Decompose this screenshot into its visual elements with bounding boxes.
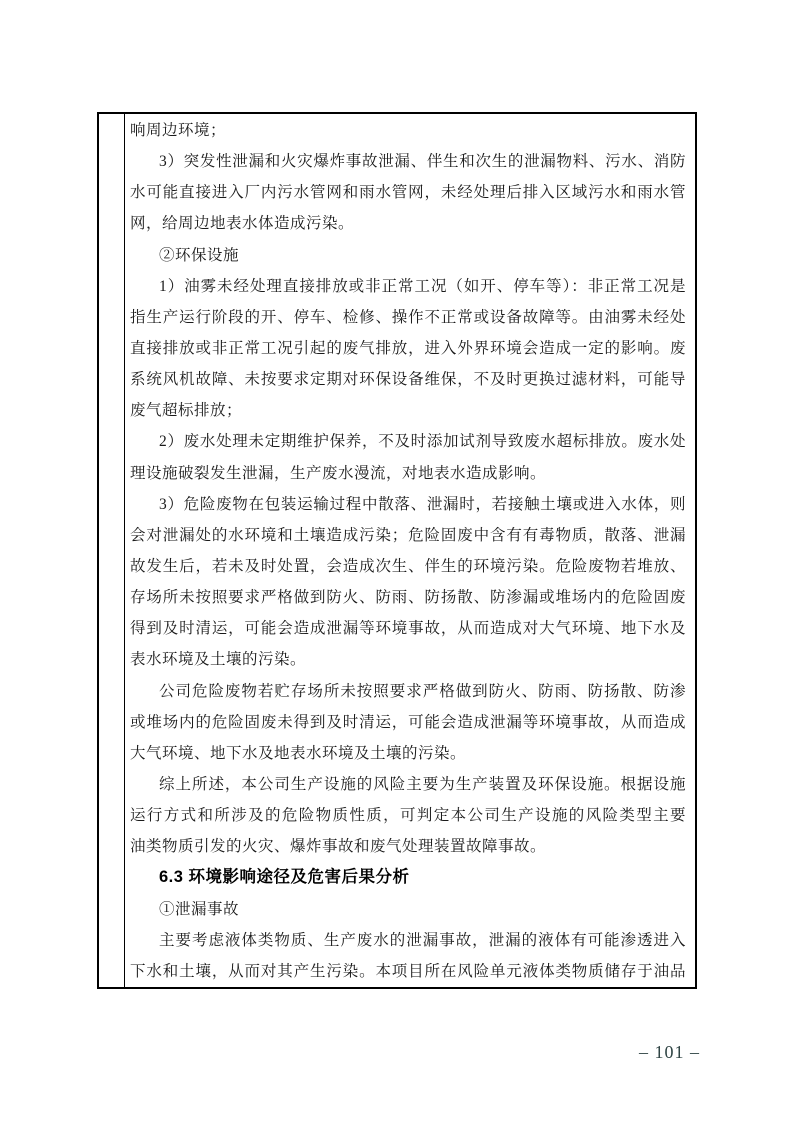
text-line: 油类物质引发的火灾、爆炸事故和废气处理装置故障事故。	[130, 831, 686, 862]
text-line: 运行方式和所涉及的危险物质性质，可判定本公司生产设施的风险类型主要为：	[130, 800, 686, 831]
section-heading: 6.3 环境影响途径及危害后果分析	[130, 862, 686, 893]
content-table: 响周边环境； 3）突发性泄漏和火灾爆炸事故泄漏、伴生和次生的泄漏物料、污水、消防…	[97, 112, 697, 989]
table-content-cell: 响周边环境； 3）突发性泄漏和火灾爆炸事故泄漏、伴生和次生的泄漏物料、污水、消防…	[125, 114, 695, 987]
document-page: 响周边环境； 3）突发性泄漏和火灾爆炸事故泄漏、伴生和次生的泄漏物料、污水、消防…	[0, 0, 793, 1122]
text-line: 3）危险废物在包装运输过程中散落、泄漏时，若接触土壤或进入水体，则	[130, 489, 686, 520]
text-line: 下水和土壤，从而对其产生污染。本项目所在风险单元液体类物质储存于油品库，	[130, 956, 686, 987]
text-line: 存场所未按照要求严格做到防火、防雨、防扬散、防渗漏或堆场内的危险固废未	[130, 582, 686, 613]
text-line: 1）油雾未经处理直接排放或非正常工况（如开、停车等）：非正常工况是	[130, 271, 686, 302]
text-line: 得到及时清运，可能会造成泄漏等环境事故，从而造成对大气环境、地下水及地	[130, 613, 686, 644]
text-line: 会对泄漏处的水环境和土壤造成污染；危险固废中含有有毒物质，散落、泄漏事	[130, 520, 686, 551]
text-line: 水可能直接进入厂内污水管网和雨水管网，未经处理后排入区域污水和雨水管	[130, 177, 686, 208]
text-line: 3）突发性泄漏和火灾爆炸事故泄漏、伴生和次生的泄漏物料、污水、消防	[130, 146, 686, 177]
text-line: 综上所述，本公司生产设施的风险主要为生产装置及环保设施。根据设施的	[130, 769, 686, 800]
text-line: 或堆场内的危险固废未得到及时清运，可能会造成泄漏等环境事故，从而造成对	[130, 707, 686, 738]
page-number: – 101 –	[639, 1041, 700, 1063]
text-line: 2）废水处理未定期维护保养，不及时添加试剂导致废水超标排放。废水处	[130, 426, 686, 457]
text-line: 大气环境、地下水及地表水环境及土壤的污染。	[130, 738, 686, 769]
text-line: 系统风机故障、未按要求定期对环保设备维保，不及时更换过滤材料，可能导致	[130, 364, 686, 395]
text-line: 理设施破裂发生泄漏，生产废水漫流，对地表水造成影响。	[130, 458, 686, 489]
text-line: 废气超标排放；	[130, 395, 686, 426]
text-line: 响周边环境；	[130, 115, 686, 146]
text-line: 公司危险废物若贮存场所未按照要求严格做到防火、防雨、防扬散、防渗漏	[130, 676, 686, 707]
table-left-margin-cell	[99, 114, 125, 987]
text-line: 表水环境及土壤的污染。	[130, 644, 686, 675]
text-line: 故发生后，若未及时处置，会造成次生、伴生的环境污染。危险废物若堆放、贮	[130, 551, 686, 582]
text-line: 指生产运行阶段的开、停车、检修、操作不正常或设备故障等。由油雾未经处理	[130, 302, 686, 333]
text-line: 直接排放或非正常工况引起的废气排放，进入外界环境会造成一定的影响。废气	[130, 333, 686, 364]
text-line: 网，给周边地表水体造成污染。	[130, 208, 686, 239]
text-line: ①泄漏事故	[130, 894, 686, 925]
text-line: 主要考虑液体类物质、生产废水的泄漏事故，泄漏的液体有可能渗透进入地	[130, 925, 686, 956]
text-line: ②环保设施	[130, 240, 686, 271]
